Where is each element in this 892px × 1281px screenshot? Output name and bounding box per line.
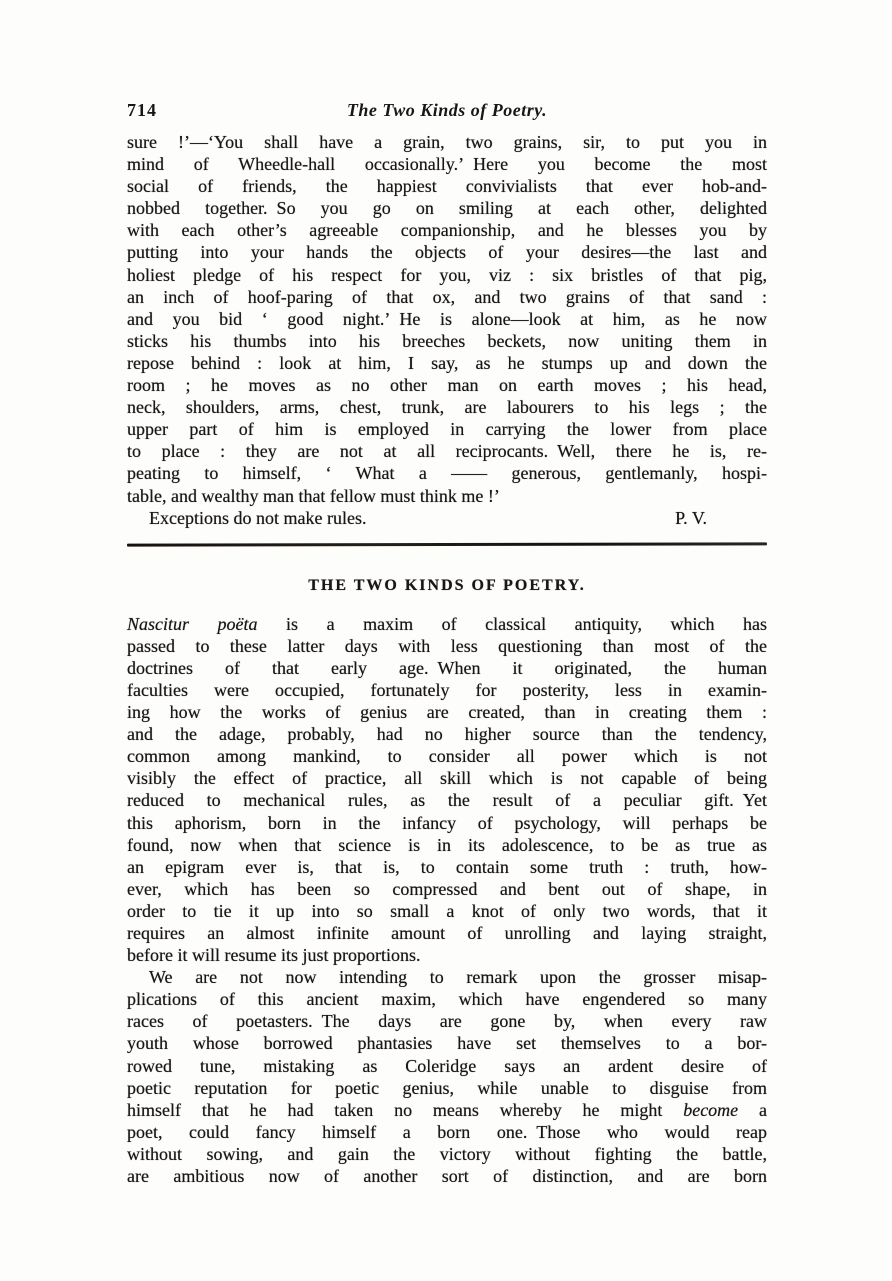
text-line: putting into your hands the objects of y… (127, 241, 767, 263)
article-paragraph-2: We are not now intending to remark upon … (127, 966, 767, 1187)
text-line: We are not now intending to remark upon … (127, 966, 767, 988)
text-line: poet, could fancy himself a born one. Th… (127, 1121, 767, 1143)
text-line: without sowing, and gain the victory wit… (127, 1143, 767, 1165)
text-line: an epigram ever is, that is, to contain … (127, 856, 767, 878)
text-line: rowed tune, mistaking as Coleridge says … (127, 1055, 767, 1077)
text-line: are ambitious now of another sort of dis… (127, 1165, 767, 1187)
text-line: holiest pledge of his respect for you, v… (127, 264, 767, 286)
article-paragraph-1: Nascitur poëta is a maxim of classical a… (127, 613, 767, 967)
text-line: found, now when that science is in its a… (127, 834, 767, 856)
text-line: visibly the effect of practice, all skil… (127, 767, 767, 789)
text-line: social of friends, the happiest convivia… (127, 175, 767, 197)
text-line: youth whose borrowed phantasies have set… (127, 1032, 767, 1054)
text-line: to place : they are not at all reciproca… (127, 440, 767, 462)
text-line: passed to these latter days with less qu… (127, 635, 767, 657)
text-line: nobbed together. So you go on smiling at… (127, 197, 767, 219)
text-line: repose behind : look at him, I say, as h… (127, 352, 767, 374)
text-line: an inch of hoof-paring of that ox, and t… (127, 286, 767, 308)
text-line: reduced to mechanical rules, as the resu… (127, 789, 767, 811)
text-line: poetic reputation for poetic genius, whi… (127, 1077, 767, 1099)
text-line: plications of this ancient maxim, which … (127, 988, 767, 1010)
text-line: doctrines of that early age. When it ori… (127, 657, 767, 679)
section-divider-rule (127, 542, 767, 546)
text-line: Nascitur poëta is a maxim of classical a… (127, 613, 767, 635)
article-heading: THE TWO KINDS OF POETRY. (127, 575, 767, 596)
text-line: mind of Wheedle-hall occasionally.’ Here… (127, 153, 767, 175)
text-line: order to tie it up into so small a knot … (127, 900, 767, 922)
scanned-book-page: 714 The Two Kinds of Poetry. sure !’—‘Yo… (0, 0, 892, 1281)
text-line: and you bid ‘ good night.’ He is alone—l… (127, 308, 767, 330)
text-line: room ; he moves as no other man on earth… (127, 374, 767, 396)
text-line: this aphorism, born in the infancy of ps… (127, 812, 767, 834)
text-line: requires an almost infinite amount of un… (127, 922, 767, 944)
running-title: The Two Kinds of Poetry. (127, 100, 767, 121)
text-line: faculties were occupied, fortunately for… (127, 679, 767, 701)
signature-initials: P. V. (675, 507, 707, 529)
text-line: sure !’—‘You shall have a grain, two gra… (127, 131, 767, 153)
text-line: ever, which has been so compressed and b… (127, 878, 767, 900)
attribution-row: Exceptions do not make rules. P. V. (127, 507, 767, 529)
closing-line: Exceptions do not make rules. (127, 507, 366, 529)
text-line: himself that he had taken no means where… (127, 1099, 767, 1121)
text-line: sticks his thumbs into his breeches beck… (127, 330, 767, 352)
page-header: 714 The Two Kinds of Poetry. (127, 100, 767, 122)
text-line: with each other’s agreeable companionshi… (127, 219, 767, 241)
text-column: 714 The Two Kinds of Poetry. sure !’—‘Yo… (127, 100, 767, 1187)
text-line: common among mankind, to consider all po… (127, 745, 767, 767)
text-line: upper part of him is employed in carryin… (127, 418, 767, 440)
continuation-paragraph: sure !’—‘You shall have a grain, two gra… (127, 131, 767, 507)
text-line: neck, shoulders, arms, chest, trunk, are… (127, 396, 767, 418)
text-line: and the adage, probably, had no higher s… (127, 723, 767, 745)
text-line: table, and wealthy man that fellow must … (127, 485, 767, 507)
text-line: before it will resume its just proportio… (127, 944, 767, 966)
text-line: peating to himself, ‘ What a —— generous… (127, 462, 767, 484)
text-line: ing how the works of genius are created,… (127, 701, 767, 723)
text-line: races of poetasters. The days are gone b… (127, 1010, 767, 1032)
